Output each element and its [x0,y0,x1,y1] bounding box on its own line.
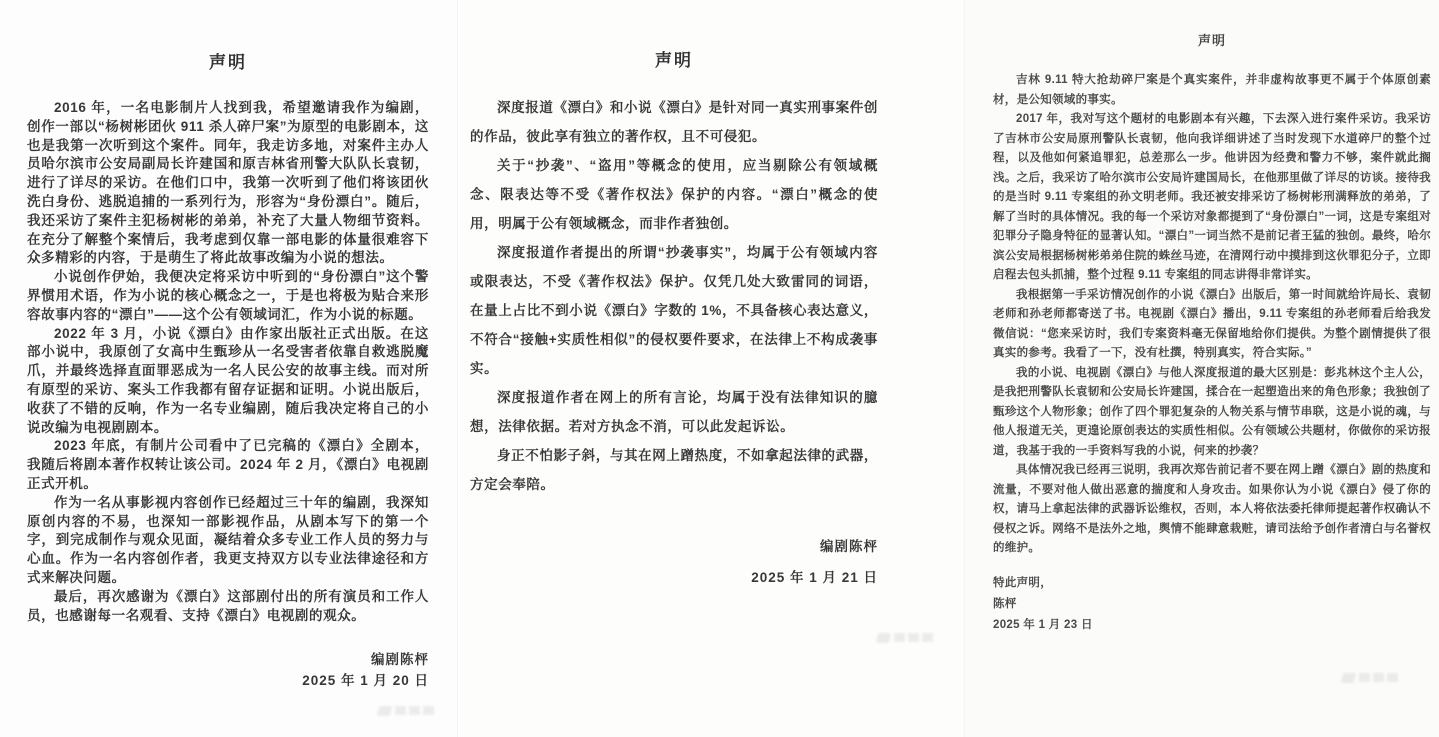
statement-paragraph: 我的小说、电视剧《漂白》与他人深度报道的最大区别是：彭兆林这个主人公，是我把刑警… [993,364,1431,462]
statement-2-signature-block: 编剧陈枰 2025 年 1 月 21 日 [470,531,878,593]
statement-paragraph: 深度报道作者提出的所谓“抄袭事实”，均属于公有领域内容或限表达，不受《著作权法》… [470,238,878,383]
statement-paragraph: 作为一名从事影视内容创作已经超过三十年的编剧，我深知原创内容的不易，也深知一部影… [27,494,429,588]
statement-1-body: 2016 年，一名电影制片人找到我，希望邀请我作为编剧，创作一部以“杨树彬团伙 … [27,99,429,625]
statements-collage: 声明 2016 年，一名电影制片人找到我，希望邀请我作为编剧，创作一部以“杨树彬… [0,0,1439,737]
statement-1-signature-block: 编剧陈枰 2025 年 1 月 20 日 [27,649,429,691]
statement-paragraph: 关于“抄袭”、“盗用”等概念的使用，应当剔除公有领域概念、限表达等不受《著作权法… [470,151,878,238]
statement-2-title: 声明 [470,46,878,71]
date: 2025 年 1 月 23 日 [993,615,1431,636]
statement-2-body: 深度报道《漂白》和小说《漂白》是针对同一真实刑事案件创的作品，彼此享有独立的著作… [470,93,878,499]
statement-paragraph: 深度报道作者在网上的所有言论，均属于没有法律知识的臆想，法律依据。若对方执念不消… [470,383,878,441]
statement-1-title: 声明 [27,48,429,73]
statement-3-body: 吉林 9.11 特大抢劫碎尸案是个真实案件，并非虚构故事更不属于个体原创素材，是… [993,71,1431,559]
statement-paragraph: 2023 年底，有制片公司看中了已完稿的《漂白》全剧本，我随后将剧本著作权转让该… [27,437,429,493]
statement-paragraph: 具体情况我已经再三说明，我再次郑告前记者不要在网上蹭《漂白》剧的热度和流量，不要… [993,461,1431,559]
statement-paragraph: 2022 年 3 月，小说《漂白》由作家出版社正式出版。在这部小说中，我原创了女… [27,325,429,438]
signature: 编剧陈枰 [470,531,878,562]
date: 2025 年 1 月 20 日 [27,670,429,691]
date: 2025 年 1 月 21 日 [470,562,878,593]
statement-paragraph: 吉林 9.11 特大抢劫碎尸案是个真实案件，并非虚构故事更不属于个体原创素材，是… [993,71,1431,110]
statement-3-signature-block: 特此声明， 陈枰 2025 年 1 月 23 日 [993,573,1431,636]
signature: 陈枰 [993,594,1431,615]
statement-paragraph: 最后，再次感谢为《漂白》这部剧付出的所有演员和工作人员，也感谢每一名观看、支持《… [27,588,429,626]
weibo-watermark-icon [378,702,437,720]
statement-paragraph: 2017 年，我对写这个题材的电影剧本有兴趣，下去深入进行案件采访。我采访了吉林… [993,110,1431,286]
statement-paragraph: 深度报道《漂白》和小说《漂白》是针对同一真实刑事案件创的作品，彼此享有独立的著作… [470,93,878,151]
statement-paragraph: 小说创作伊始，我便决定将采访中听到的“身份漂白”这个警界惯用术语，作为小说的核心… [27,268,429,324]
statement-doc-2: 声明 深度报道《漂白》和小说《漂白》是针对同一真实刑事案件创的作品，彼此享有独立… [458,0,965,737]
statement-3-title: 声明 [993,30,1431,49]
weibo-watermark-icon [877,629,936,647]
signature: 编剧陈枰 [27,649,429,670]
closing: 特此声明， [993,573,1431,594]
statement-doc-3: 声明 吉林 9.11 特大抢劫碎尸案是个真实案件，并非虚构故事更不属于个体原创素… [965,0,1439,737]
statement-doc-1: 声明 2016 年，一名电影制片人找到我，希望邀请我作为编剧，创作一部以“杨树彬… [0,0,458,737]
statement-paragraph: 身正不怕影子斜，与其在网上蹭热度，不如拿起法律的武器，方定会奉陪。 [470,441,878,499]
statement-paragraph: 2016 年，一名电影制片人找到我，希望邀请我作为编剧，创作一部以“杨树彬团伙 … [27,99,429,268]
statement-paragraph: 我根据第一手采访情况创作的小说《漂白》出版后，第一时间就给许局长、袁韧老师和孙老… [993,286,1431,364]
weibo-watermark-icon [1342,669,1401,687]
